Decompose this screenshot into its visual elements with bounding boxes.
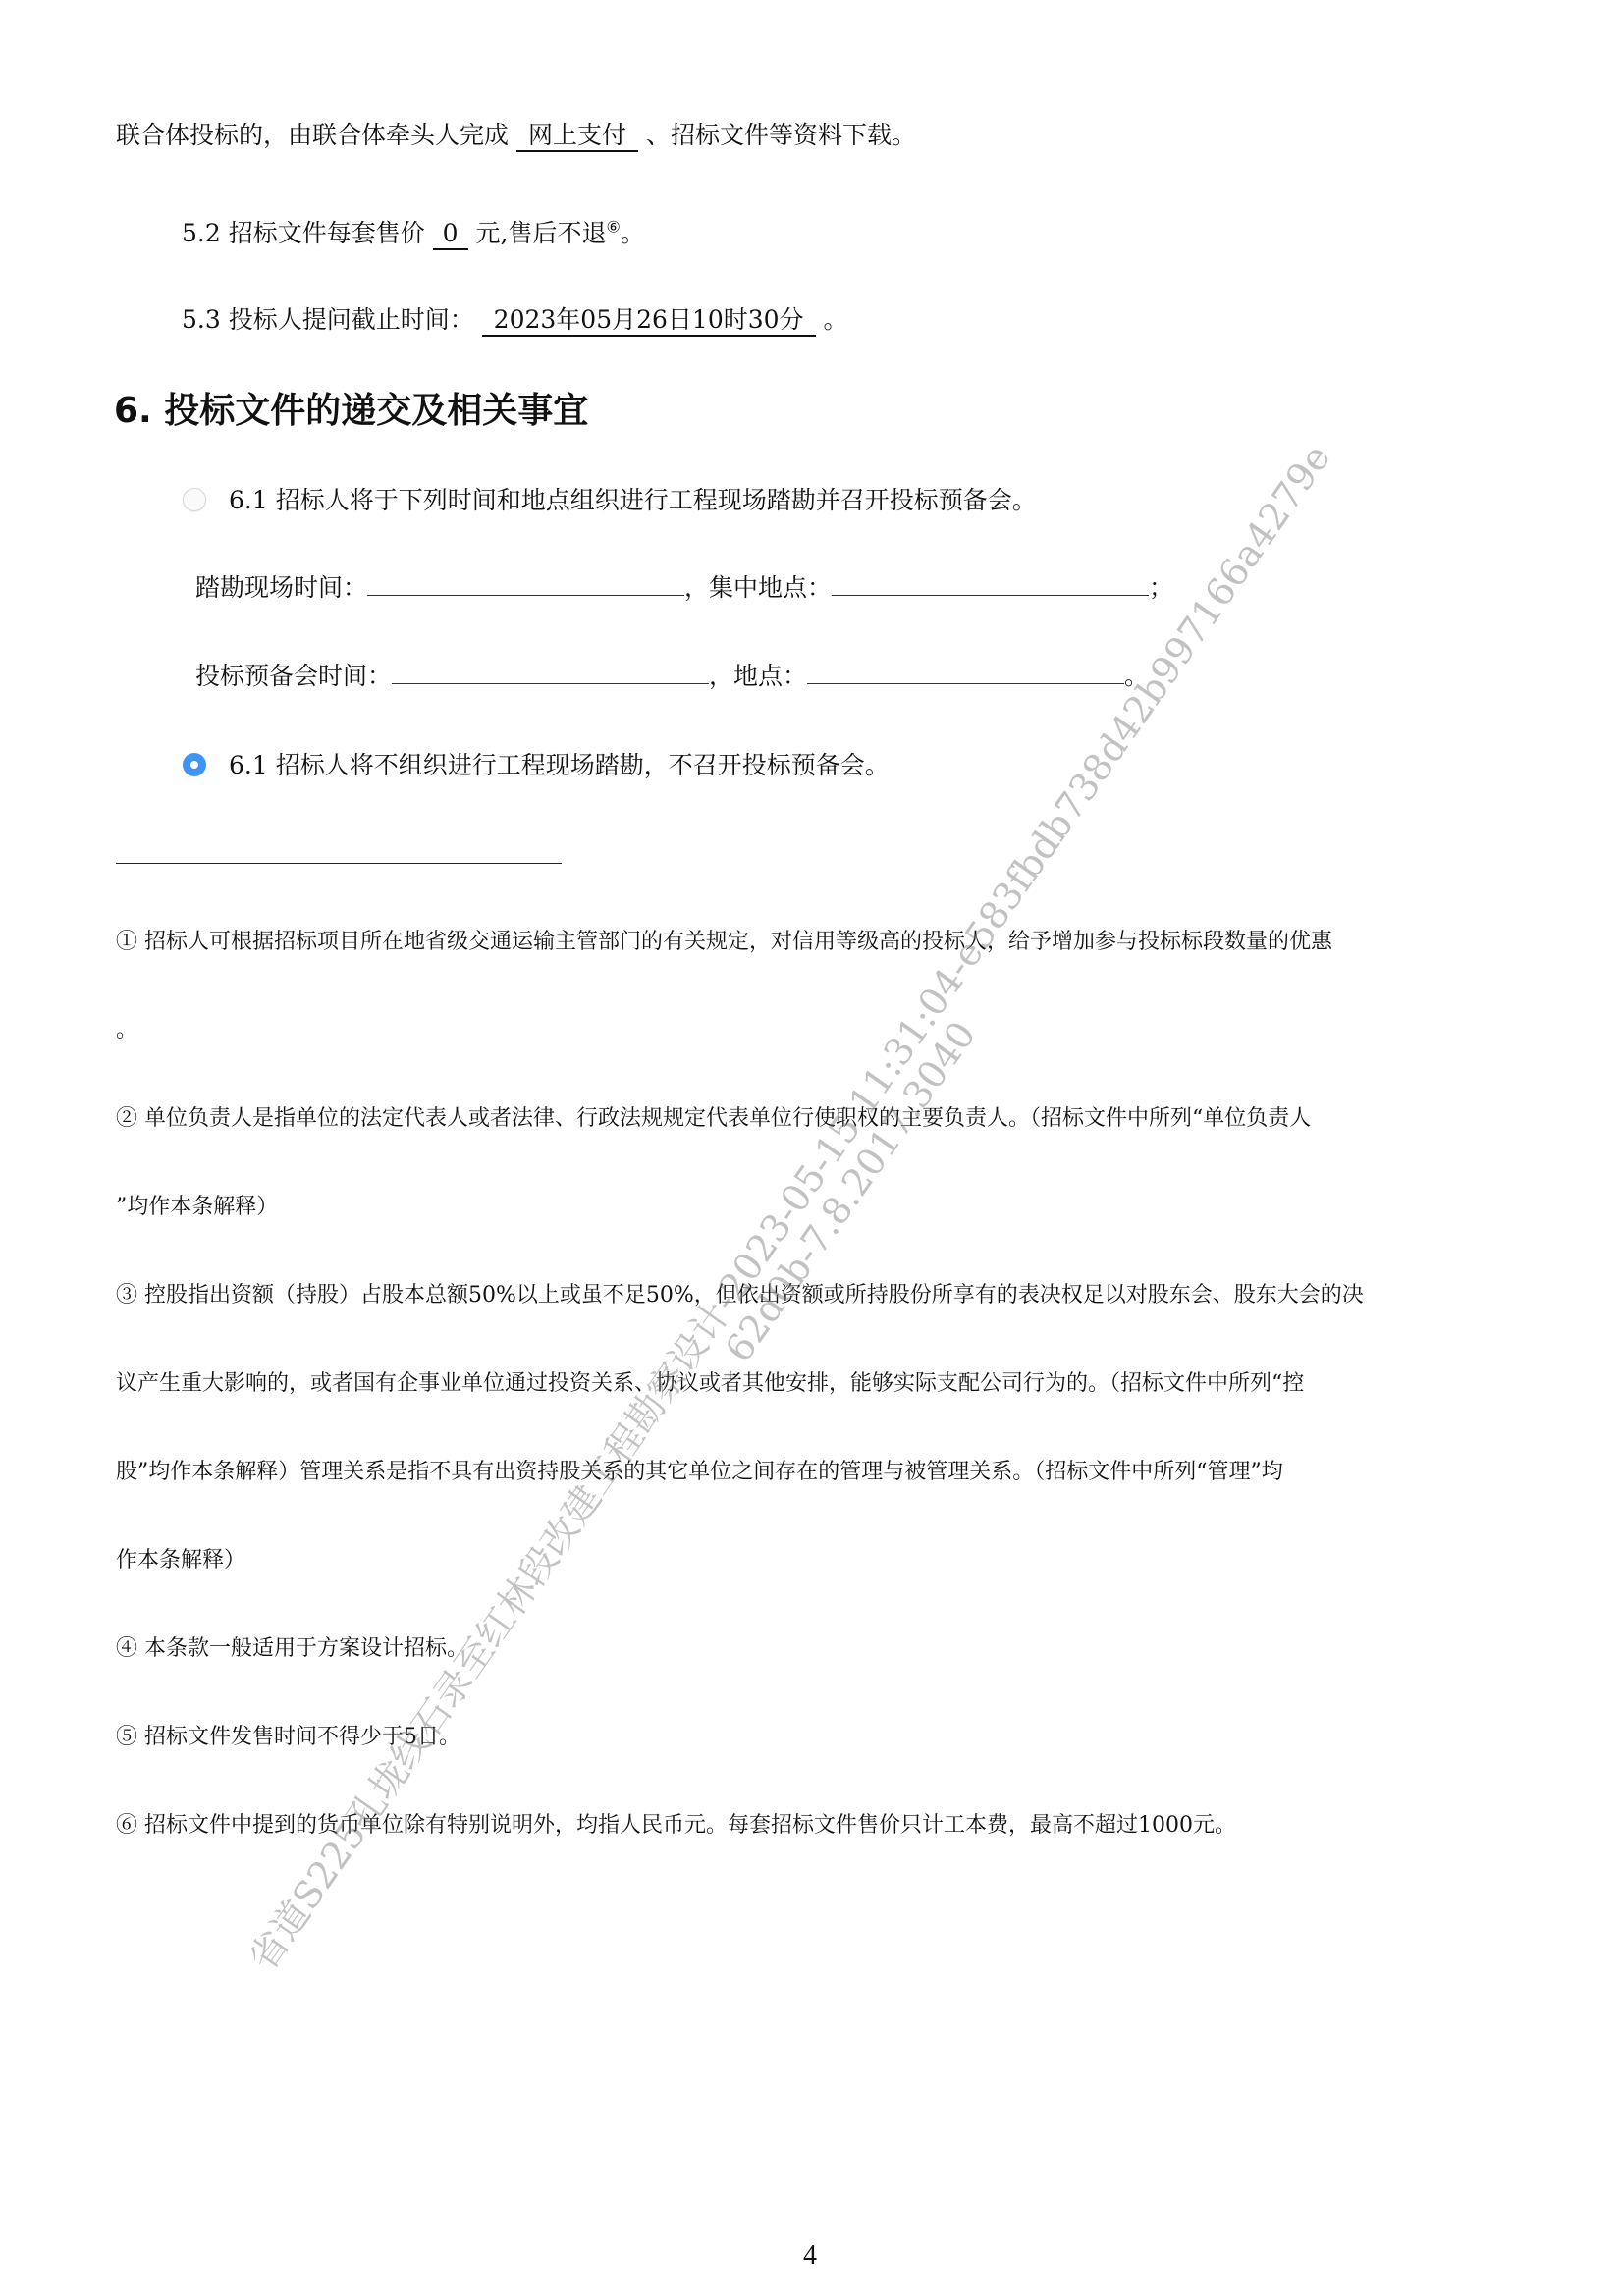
clause-5-3-suffix: 。	[824, 305, 848, 334]
watermark-line-2: 62d0b-7.8.2017.3040	[717, 1013, 984, 1369]
section-6-title: 6. 投标文件的递交及相关事宜	[114, 383, 588, 433]
meeting-place-label: 集中地点：	[709, 573, 832, 602]
footnote-5: ⑤ 招标文件发售时间不得少于5日。	[116, 1720, 460, 1750]
clause-5-2-prefix: 5.2 招标文件每套售价	[182, 219, 425, 247]
clause-5-2-suffix: 。	[621, 219, 645, 247]
footnote-ref-6[interactable]: ⑥	[606, 218, 620, 237]
prebid-line: 投标预备会时间：，地点：。	[195, 657, 1149, 692]
line-end: 。	[1124, 662, 1149, 690]
footnote-1-line1: ① 招标人可根据招标项目所在地省级交通运输主管部门的有关规定，对信用等级高的投标…	[116, 925, 1332, 955]
clause-5-2-middle: 元,售后不退	[476, 219, 607, 247]
clause-5-2: 5.2 招标文件每套售价 0 元,售后不退⑥。	[182, 214, 645, 250]
footnote-2-line1: ② 单位负责人是指单位的法定代表人或者法律、行政法规规定代表单位行使职权的主要负…	[116, 1101, 1311, 1132]
footnote-4: ④ 本条款一般适用于方案设计招标。	[116, 1631, 468, 1662]
joint-bid-suffix: 、招标文件等资料下载。	[646, 121, 916, 149]
footnote-6: ⑥ 招标文件中提到的货币单位除有特别说明外，均指人民币元。每套招标文件售价只计工…	[116, 1808, 1236, 1839]
clause-5-3: 5.3 投标人提问截止时间： 2023年05月26日10时30分 。	[182, 300, 848, 337]
site-visit-time-label: 踏勘现场时间：	[195, 573, 367, 602]
option-no-site-visit-label: 6.1 招标人将不组织进行工程现场踏勘，不召开投标预备会。	[229, 746, 890, 781]
footnote-3-line3: 股”均作本条解释）管理关系是指不具有出资持股关系的其它单位之间存在的管理与被管理…	[116, 1455, 1283, 1485]
prebid-place-blank	[807, 662, 1124, 684]
radio-option-site-visit[interactable]	[183, 488, 206, 511]
separator: ，	[709, 662, 733, 690]
prebid-time-blank	[392, 662, 709, 684]
site-visit-time-blank	[367, 573, 684, 596]
footnote-3-line1: ③ 控股指出资额（持股）占股本总额50%以上或虽不足50%，但依出资额或所持股份…	[116, 1278, 1364, 1308]
joint-bid-line: 联合体投标的，由联合体牵头人完成 网上支付 、招标文件等资料下载。	[116, 116, 916, 152]
clause-5-3-prefix: 5.3 投标人提问截止时间：	[182, 305, 474, 334]
site-visit-line: 踏勘现场时间：，集中地点：；	[195, 568, 1173, 604]
footnote-separator	[116, 863, 562, 864]
separator: ，	[684, 573, 709, 602]
footnote-3-line4: 作本条解释）	[116, 1543, 245, 1574]
joint-bid-prefix: 联合体投标的，由联合体牵头人完成	[116, 121, 509, 149]
question-deadline-field: 2023年05月26日10时30分	[482, 306, 816, 337]
option-site-visit-label: 6.1 招标人将于下列时间和地点组织进行工程现场踏勘并召开投标预备会。	[229, 481, 1037, 516]
footnote-2-line2: ”均作本条解释）	[116, 1190, 278, 1220]
meeting-place-blank	[832, 573, 1149, 596]
payment-method-field: 网上支付	[516, 122, 638, 152]
radio-option-no-site-visit[interactable]	[183, 753, 206, 776]
footnote-1-line2: 。	[116, 1013, 137, 1043]
price-field: 0	[433, 220, 468, 250]
prebid-time-label: 投标预备会时间：	[195, 662, 392, 690]
line-end: ；	[1149, 573, 1173, 602]
prebid-place-label: 地点：	[733, 662, 807, 690]
footnote-3-line2: 议产生重大影响的，或者国有企事业单位通过投资关系、协议或者其他安排，能够实际支配…	[116, 1366, 1304, 1397]
page-number: 4	[803, 2240, 817, 2271]
